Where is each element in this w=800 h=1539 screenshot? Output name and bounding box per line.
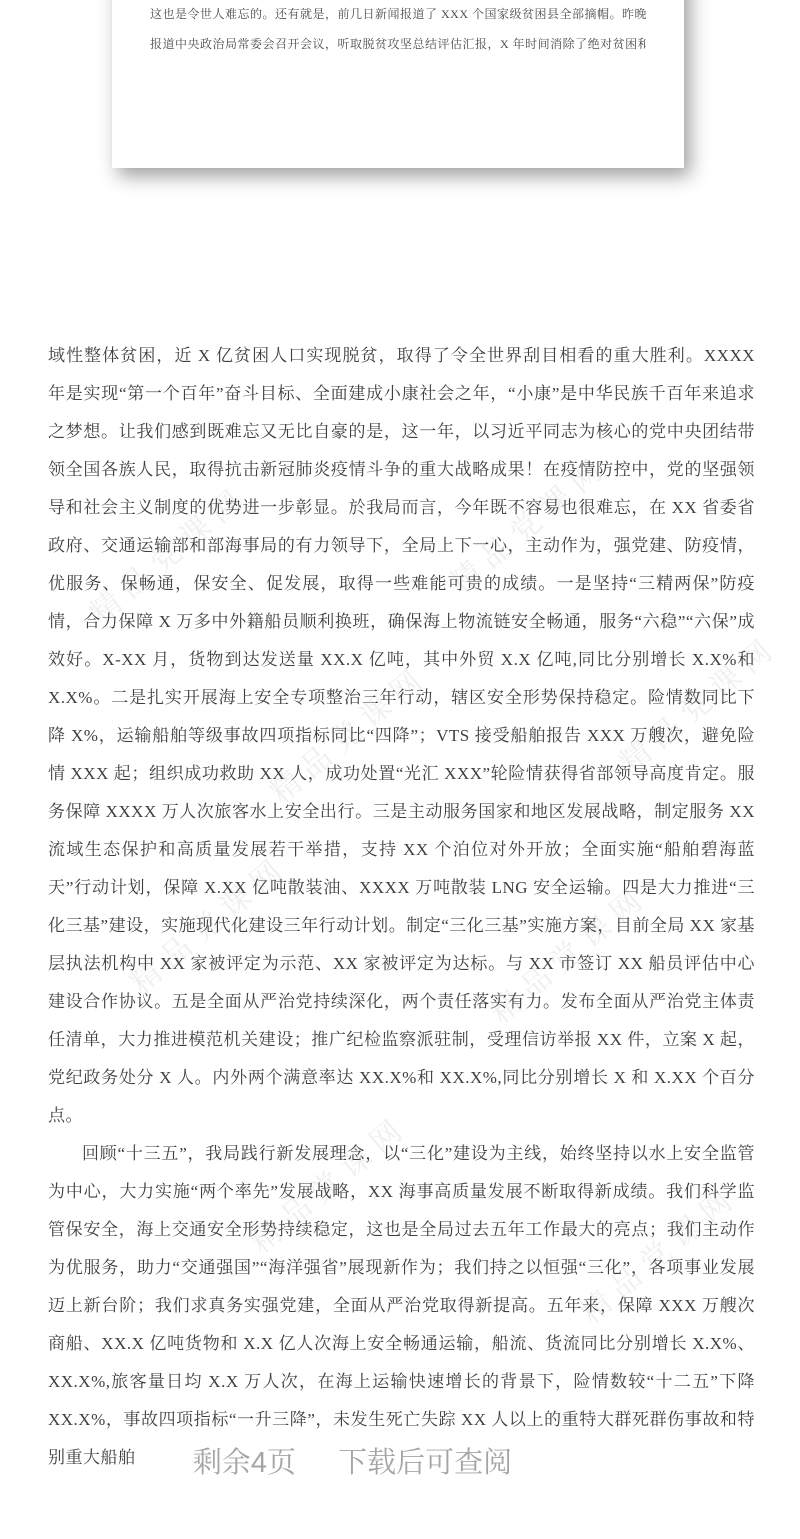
paragraph-2: 回顾“十三五”，我局践行新发展理念，以“三化”建设为主线，始终坚持以水上安全监管… xyxy=(48,1135,755,1477)
preview-card-line: 报道中央政治局常委会召开会议，听取脱贫攻坚总结评估汇报，X 年时间消除了绝对贫困… xyxy=(150,29,646,59)
preview-card-line: 这也是令世人难忘的。还有就是，前几日新闻报道了 XXX 个国家级贫困县全部摘帽。… xyxy=(150,0,646,29)
remaining-pages-banner: 剩余4页下载后可查阅 xyxy=(0,1440,705,1481)
page-preview-card[interactable]: 这也是令世人难忘的。还有就是，前几日新闻报道了 XXX 个国家级贫困县全部摘帽。… xyxy=(112,0,684,168)
paragraph-1: 域性整体贫困，近 X 亿贫困人口实现脱贫，取得了令全世界刮目相看的重大胜利。XX… xyxy=(48,337,755,1135)
download-hint-label: 下载后可查阅 xyxy=(338,1447,512,1479)
document-body: 域性整体贫困，近 X 亿贫困人口实现脱贫，取得了令全世界刮目相看的重大胜利。XX… xyxy=(48,337,755,1477)
remaining-pages-label: 剩余4页 xyxy=(193,1447,296,1479)
document-preview-page: { "page": { "background": "#ffffff", "te… xyxy=(0,0,800,1539)
